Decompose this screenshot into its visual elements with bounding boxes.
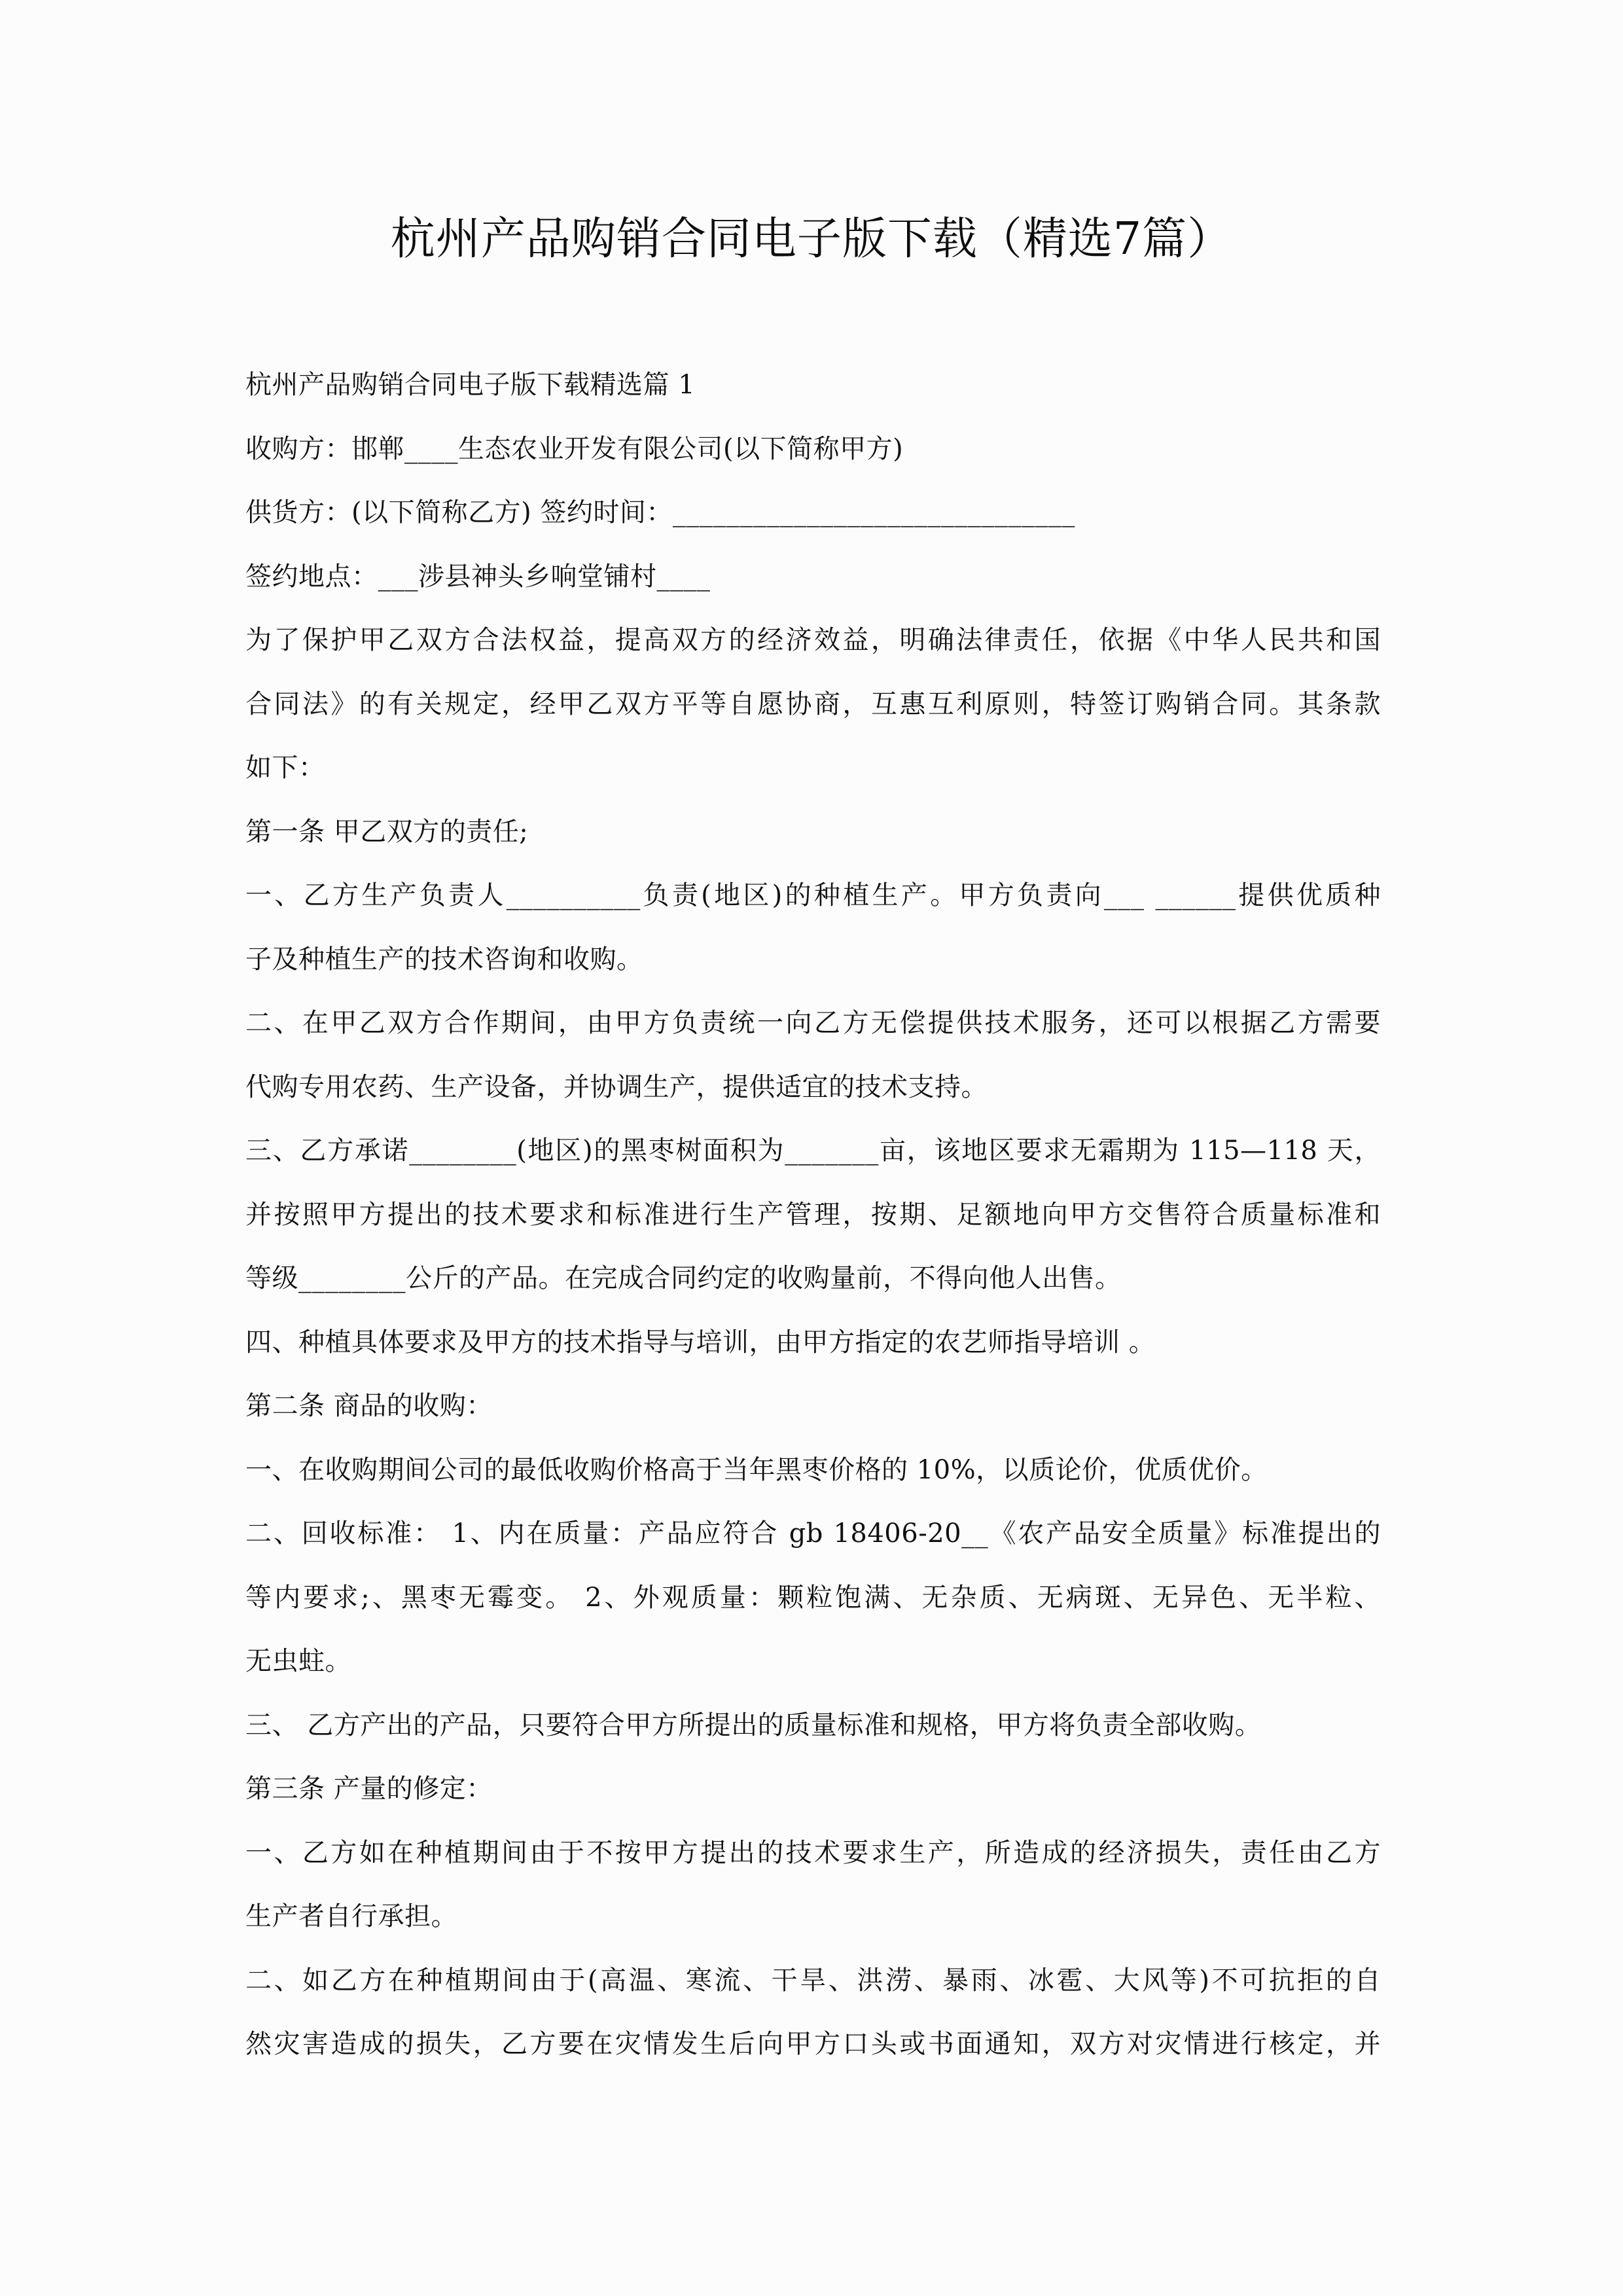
clause-line: 三、 乙方产出的产品，只要符合甲方所提出的质量标准和规格，甲方将负责全部收购。	[245, 1694, 1381, 1758]
clause-line: 二、回收标准： 1、内在质量：产品应符合 gb 18406-20__《农产品安全…	[245, 1502, 1381, 1566]
clause-line: 等级________公斤的产品。在完成合同约定的收购量前，不得向他人出售。	[245, 1247, 1381, 1311]
clause-line: 一、在收购期间公司的最低收购价格高于当年黑枣价格的 10%，以质论价，优质优价。	[245, 1439, 1381, 1503]
clause-line: 二、在甲乙双方合作期间，由甲方负责统一向乙方无偿提供技术服务，还可以根据乙方需要	[245, 992, 1381, 1056]
clause-line: 代购专用农药、生产设备，并协调生产，提供适宜的技术支持。	[245, 1056, 1381, 1120]
clause-line: 等内要求;、黑枣无霉变。 2、外观质量：颗粒饱满、无杂质、无病斑、无异色、无半粒…	[245, 1566, 1381, 1630]
clause-line: 四、种植具体要求及甲方的技术指导与培训，由甲方指定的农艺师指导培训 。	[245, 1311, 1381, 1375]
preamble-line: 合同法》的有关规定，经甲乙双方平等自愿协商，互惠互利原则，特签订购销合同。其条款	[245, 673, 1381, 737]
article-heading: 第二条 商品的收购：	[245, 1374, 1381, 1439]
preamble-line: 为了保护甲乙双方合法权益，提高双方的经济效益，明确法律责任，依据《中华人民共和国	[245, 609, 1381, 673]
clause-line: 三、乙方承诺________(地区)的黑枣树面积为_______亩，该地区要求无…	[245, 1119, 1381, 1183]
clause-line: 并按照甲方提出的技术要求和标准进行生产管理，按期、足额地向甲方交售符合质量标准和	[245, 1183, 1381, 1247]
signing-location-line: 签约地点：___涉县神头乡响堂铺村____	[245, 545, 1381, 609]
clause-line: 无虫蛀。	[245, 1630, 1381, 1694]
document-page: 杭州产品购销合同电子版下载（精选7篇） 杭州产品购销合同电子版下载精选篇 1 收…	[0, 0, 1623, 2296]
preamble-line: 如下：	[245, 736, 1381, 800]
document-body: 杭州产品购销合同电子版下载精选篇 1 收购方：邯郸____生态农业开发有限公司(…	[245, 353, 1381, 2077]
buyer-party-line: 收购方：邯郸____生态农业开发有限公司(以下简称甲方)	[245, 418, 1381, 482]
clause-line: 一、乙方如在种植期间由于不按甲方提出的技术要求生产，所造成的经济损失，责任由乙方	[245, 1821, 1381, 1886]
clause-line: 然灾害造成的损失，乙方要在灾情发生后向甲方口头或书面通知，双方对灾情进行核定，并	[245, 2013, 1381, 2077]
clause-line: 生产者自行承担。	[245, 1885, 1381, 1949]
document-title: 杭州产品购销合同电子版下载（精选7篇）	[0, 208, 1623, 271]
article-heading: 第一条 甲乙双方的责任;	[245, 800, 1381, 865]
section-heading: 杭州产品购销合同电子版下载精选篇 1	[245, 353, 1381, 418]
supplier-party-line: 供货方：(以下简称乙方) 签约时间：______________________…	[245, 481, 1381, 545]
article-heading: 第三条 产量的修定：	[245, 1757, 1381, 1821]
clause-line: 二、如乙方在种植期间由于(高温、寒流、干旱、洪涝、暴雨、冰雹、大风等)不可抗拒的…	[245, 1949, 1381, 2013]
clause-line: 子及种植生产的技术咨询和收购。	[245, 928, 1381, 992]
clause-line: 一、乙方生产负责人__________负责(地区)的种植生产。甲方负责向___ …	[245, 864, 1381, 928]
